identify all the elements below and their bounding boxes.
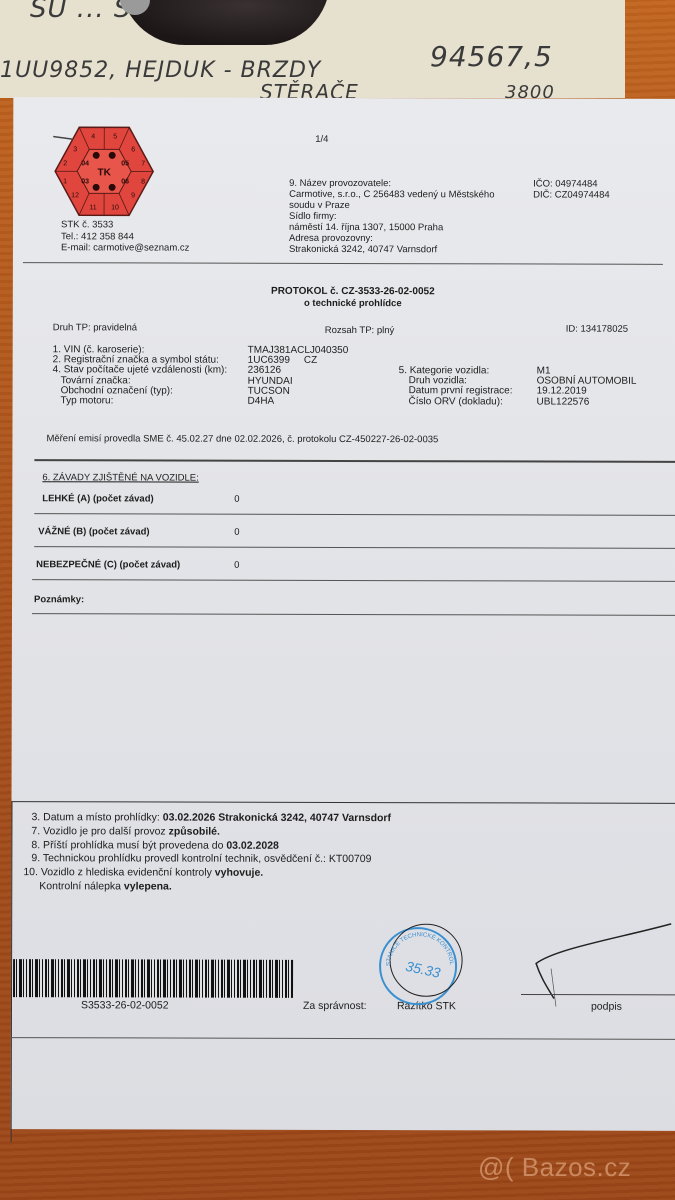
operator-name-cont: soudu v Praze: [289, 200, 494, 212]
correctness-label: Za správnost:: [303, 1000, 367, 1012]
svg-text:2: 2: [63, 160, 67, 167]
premises-label: Adresa provozovny:: [289, 233, 494, 245]
seat-address: náměstí 14. října 1307, 15000 Praha: [289, 222, 494, 234]
vehicle-left-labels: 1. VIN (č. karoserie): 2. Registrační zn…: [53, 345, 228, 407]
svg-text:12: 12: [71, 192, 79, 199]
protocol-subtitle: o technické prohlídce: [13, 297, 675, 310]
svg-text:4: 4: [91, 133, 95, 140]
roadworthy-value: způsobilé.: [169, 825, 220, 837]
next-inspection-value: 03.02.2028: [226, 839, 279, 851]
svg-text:8: 8: [141, 178, 145, 185]
next-inspection-label: 8. Příští prohlídka musí být provedena d…: [31, 839, 226, 852]
sticker-value: vylepena.: [124, 880, 172, 892]
svg-text:10: 10: [111, 204, 119, 211]
station-phone: Tel.: 412 358 844: [61, 231, 189, 243]
sticker-label: Kontrolní nálepka: [39, 880, 124, 892]
divider: [34, 459, 675, 463]
defects-dangerous-count: 0: [234, 560, 239, 571]
defects-serious-count: 0: [234, 527, 239, 538]
svg-text:3: 3: [73, 146, 77, 153]
svg-text:11: 11: [89, 204, 96, 211]
premises-address: Strakonická 3242, 40747 Varnsdorf: [289, 244, 494, 256]
vehicle-right-labels: 5. Kategorie vozidla: Druh vozidla: Datu…: [399, 366, 513, 407]
defects-heading: 6. ZÁVADY ZJIŠTĚNÉ NA VOZIDLE:: [42, 472, 198, 483]
date-place-label: 3. Datum a místo prohlídky:: [31, 811, 162, 823]
svg-text:03: 03: [81, 178, 89, 185]
tax-ids: IČO: 04974484 DIČ: CZ04974484: [533, 178, 610, 200]
defects-light-label: LEHKÉ (A) (počet závad): [42, 493, 153, 504]
svg-text:9: 9: [131, 192, 135, 199]
svg-text:TK: TK: [97, 167, 111, 178]
operator-name: Carmotive, s.r.o., C 256483 vedený u Měs…: [289, 189, 494, 201]
vehicle-right-values: M1 OSOBNÍ AUTOMOBIL 19.12.2019 UBL122576: [537, 366, 637, 407]
registration-check-value: vyhovuje.: [215, 867, 263, 879]
svg-text:04: 04: [81, 160, 89, 167]
divider: [32, 579, 675, 582]
signature-icon: [516, 918, 675, 1008]
defects-light-count: 0: [234, 494, 239, 505]
ico: IČO: 04974484: [533, 178, 610, 189]
svg-text:35.33: 35.33: [404, 958, 442, 981]
dic: DIČ: CZ04974484: [533, 189, 610, 200]
svg-text:6: 6: [131, 146, 135, 153]
inspection-results: 3. Datum a místo prohlídky: 03.02.2026 S…: [31, 811, 391, 895]
seat-label: Sídlo firmy:: [289, 211, 494, 223]
svg-text:7: 7: [141, 160, 145, 167]
notes-label: Poznámky:: [34, 594, 84, 605]
orv-value: UBL122576: [537, 397, 637, 407]
svg-text:1: 1: [63, 178, 67, 185]
engine-label: Typ motoru:: [53, 396, 228, 407]
defects-dangerous-label: NEBEZPEČNÉ (C) (počet závad): [36, 559, 180, 570]
svg-text:5: 5: [113, 133, 117, 140]
engine-value: D4HA: [248, 397, 349, 407]
signature-label: podpis: [591, 1001, 622, 1013]
station-email: E-mail: carmotive@seznam.cz: [61, 242, 189, 254]
barcode: [13, 959, 293, 998]
stk-number: STK č. 3533: [61, 219, 189, 231]
orv-label: Číslo ORV (dokladu):: [399, 397, 513, 408]
barcode-text: S3533-26-02-0052: [81, 999, 169, 1011]
bazos-watermark: @( Bazos.cz: [478, 1152, 631, 1183]
registration-check-label: 10. Vozidlo z hlediska evidenční kontrol…: [23, 866, 214, 879]
page-indicator: 1/4: [315, 134, 328, 145]
divider: [34, 513, 675, 516]
operator-info: 9. Název provozovatele: Carmotive, s.r.o…: [289, 178, 495, 256]
country-code: CZ: [304, 355, 317, 366]
note-line-right: 94567,5: [430, 40, 553, 73]
station-info: STK č. 3533 Tel.: 412 358 844 E-mail: ca…: [61, 219, 190, 254]
date-place-value: 03.02.2026 Strakonická 3242, 40747 Varns…: [163, 812, 391, 825]
stk-hexagon-logo-icon: TK 45 67 89 1011 121 23 0405 0306: [53, 125, 155, 217]
technician-info: 9. Technickou prohlídku provedl kontroln…: [31, 853, 391, 868]
protocol-id: ID: 134178025: [566, 324, 628, 335]
inspection-scope: Rozsah TP: plný: [325, 325, 395, 336]
emissions-info: Měření emisí provedla SME č. 45.02.27 dn…: [46, 433, 438, 445]
vehicle-left-values: TMAJ381ACLJ040350 1UC6399CZ 236126 HYUND…: [248, 346, 349, 407]
divider: [34, 546, 675, 549]
defects-serious-label: VÁŽNÉ (B) (počet závad): [38, 526, 149, 537]
stk-stamp-icon: STANICE TECHNICKÉ KONTROLY 35.33: [376, 918, 466, 1008]
svg-text:06: 06: [121, 178, 129, 185]
operator-label: 9. Název provozovatele:: [289, 178, 494, 190]
svg-text:05: 05: [121, 160, 129, 167]
divider: [32, 613, 675, 616]
inspection-type: Druh TP: pravidelná: [53, 322, 137, 333]
divider: [23, 262, 663, 265]
protocol-title: PROTOKOL č. CZ-3533-26-02-0052: [13, 285, 675, 298]
roadworthy-label: 7. Vozidlo je pro další provoz: [31, 825, 168, 837]
inspection-protocol-document: TK 45 67 89 1011 121 23 0405 0306 1/4 ST…: [11, 97, 675, 1131]
